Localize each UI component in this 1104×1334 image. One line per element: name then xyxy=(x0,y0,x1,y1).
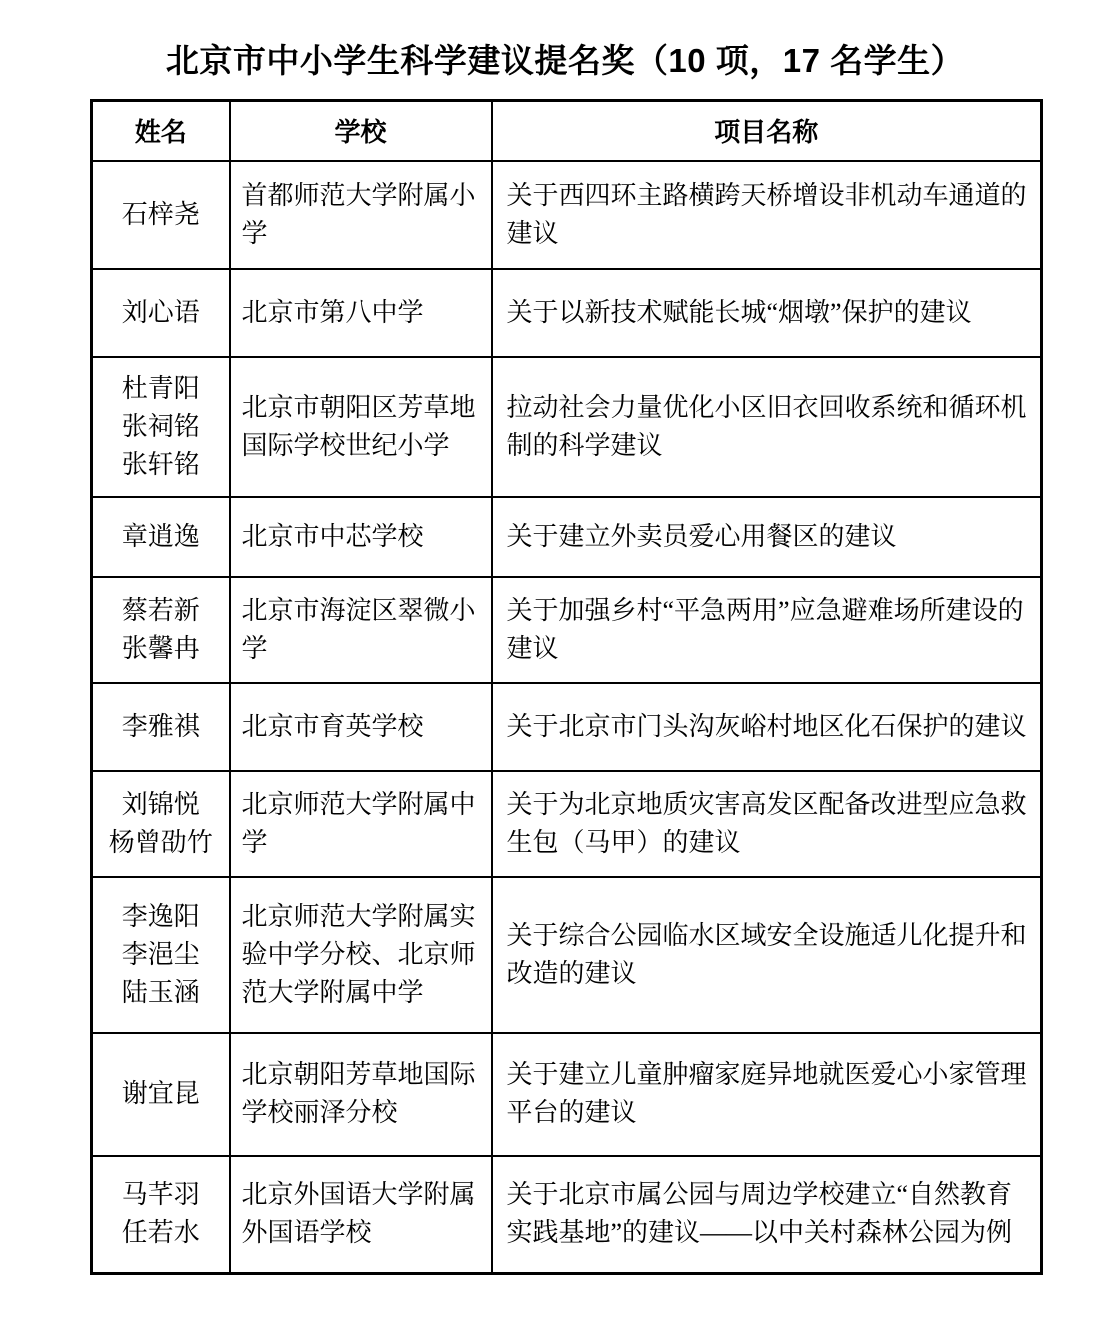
page-title: 北京市中小学生科学建议提名奖（10 项，17 名学生） xyxy=(90,40,1040,82)
table-row: 马芊羽任若水北京外国语大学附属外国语学校关于北京市属公园与周边学校建立“自然教育… xyxy=(92,1156,1042,1274)
student-name: 蔡若新 xyxy=(97,592,225,630)
table-body: 石梓尧首都师范大学附属小学关于西四环主路横跨天桥增设非机动车通道的建议刘心语北京… xyxy=(92,161,1042,1274)
student-names-cell: 章逍逸 xyxy=(92,497,230,577)
student-names-cell: 李逸阳李浥尘陆玉涵 xyxy=(92,877,230,1033)
student-name: 任若水 xyxy=(97,1214,225,1252)
student-names-cell: 谢宜昆 xyxy=(92,1033,230,1156)
student-names-cell: 李雅祺 xyxy=(92,683,230,771)
student-name: 张馨冉 xyxy=(97,630,225,668)
column-header-school: 学校 xyxy=(230,101,492,161)
school-cell: 北京朝阳芳草地国际学校丽泽分校 xyxy=(230,1033,492,1156)
awards-table: 姓名 学校 项目名称 石梓尧首都师范大学附属小学关于西四环主路横跨天桥增设非机动… xyxy=(90,99,1043,1275)
school-cell: 北京市中芯学校 xyxy=(230,497,492,577)
student-name: 杨曾劭竹 xyxy=(97,824,225,862)
project-title-cell: 关于建立儿童肿瘤家庭异地就医爱心小家管理平台的建议 xyxy=(492,1033,1042,1156)
student-name: 谢宜昆 xyxy=(97,1075,225,1113)
project-title-cell: 关于以新技术赋能长城“烟墩”保护的建议 xyxy=(492,269,1042,357)
column-header-project: 项目名称 xyxy=(492,101,1042,161)
student-name: 李逸阳 xyxy=(97,898,225,936)
project-title-cell: 关于加强乡村“平急两用”应急避难场所建设的建议 xyxy=(492,577,1042,683)
school-cell: 北京师范大学附属中学 xyxy=(230,771,492,877)
student-name: 石梓尧 xyxy=(97,196,225,234)
school-cell: 北京师范大学附属实验中学分校、北京师范大学附属中学 xyxy=(230,877,492,1033)
header-row: 姓名 学校 项目名称 xyxy=(92,101,1042,161)
school-cell: 北京市海淀区翠微小学 xyxy=(230,577,492,683)
document-page: 北京市中小学生科学建议提名奖（10 项，17 名学生） 姓名 学校 项目名称 石… xyxy=(0,0,1040,1275)
student-name: 张祠铭 xyxy=(97,408,225,446)
student-names-cell: 石梓尧 xyxy=(92,161,230,269)
table-header: 姓名 学校 项目名称 xyxy=(92,101,1042,161)
student-name: 李浥尘 xyxy=(97,936,225,974)
school-cell: 北京外国语大学附属外国语学校 xyxy=(230,1156,492,1274)
student-name: 刘锦悦 xyxy=(97,786,225,824)
table-row: 李逸阳李浥尘陆玉涵北京师范大学附属实验中学分校、北京师范大学附属中学关于综合公园… xyxy=(92,877,1042,1033)
school-cell: 北京市朝阳区芳草地国际学校世纪小学 xyxy=(230,357,492,497)
project-title-cell: 关于建立外卖员爱心用餐区的建议 xyxy=(492,497,1042,577)
student-names-cell: 杜青阳张祠铭张轩铭 xyxy=(92,357,230,497)
student-name: 张轩铭 xyxy=(97,446,225,484)
student-names-cell: 马芊羽任若水 xyxy=(92,1156,230,1274)
school-cell: 北京市育英学校 xyxy=(230,683,492,771)
project-title-cell: 拉动社会力量优化小区旧衣回收系统和循环机制的科学建议 xyxy=(492,357,1042,497)
project-title-cell: 关于北京市门头沟灰峪村地区化石保护的建议 xyxy=(492,683,1042,771)
table-row: 章逍逸北京市中芯学校关于建立外卖员爱心用餐区的建议 xyxy=(92,497,1042,577)
table-row: 蔡若新张馨冉北京市海淀区翠微小学关于加强乡村“平急两用”应急避难场所建设的建议 xyxy=(92,577,1042,683)
school-cell: 北京市第八中学 xyxy=(230,269,492,357)
project-title-cell: 关于北京市属公园与周边学校建立“自然教育实践基地”的建议——以中关村森林公园为例 xyxy=(492,1156,1042,1274)
student-names-cell: 蔡若新张馨冉 xyxy=(92,577,230,683)
student-name: 马芊羽 xyxy=(97,1176,225,1214)
table-row: 杜青阳张祠铭张轩铭北京市朝阳区芳草地国际学校世纪小学拉动社会力量优化小区旧衣回收… xyxy=(92,357,1042,497)
project-title-cell: 关于西四环主路横跨天桥增设非机动车通道的建议 xyxy=(492,161,1042,269)
table-row: 石梓尧首都师范大学附属小学关于西四环主路横跨天桥增设非机动车通道的建议 xyxy=(92,161,1042,269)
table-row: 刘心语北京市第八中学关于以新技术赋能长城“烟墩”保护的建议 xyxy=(92,269,1042,357)
school-cell: 首都师范大学附属小学 xyxy=(230,161,492,269)
student-names-cell: 刘心语 xyxy=(92,269,230,357)
project-title-cell: 关于为北京地质灾害高发区配备改进型应急救生包（马甲）的建议 xyxy=(492,771,1042,877)
student-name: 刘心语 xyxy=(97,294,225,332)
student-name: 杜青阳 xyxy=(97,370,225,408)
student-names-cell: 刘锦悦杨曾劭竹 xyxy=(92,771,230,877)
student-name: 李雅祺 xyxy=(97,708,225,746)
project-title-cell: 关于综合公园临水区域安全设施适儿化提升和改造的建议 xyxy=(492,877,1042,1033)
student-name: 章逍逸 xyxy=(97,518,225,556)
student-name: 陆玉涵 xyxy=(97,974,225,1012)
table-row: 刘锦悦杨曾劭竹北京师范大学附属中学关于为北京地质灾害高发区配备改进型应急救生包（… xyxy=(92,771,1042,877)
table-row: 李雅祺北京市育英学校关于北京市门头沟灰峪村地区化石保护的建议 xyxy=(92,683,1042,771)
table-row: 谢宜昆北京朝阳芳草地国际学校丽泽分校关于建立儿童肿瘤家庭异地就医爱心小家管理平台… xyxy=(92,1033,1042,1156)
column-header-name: 姓名 xyxy=(92,101,230,161)
